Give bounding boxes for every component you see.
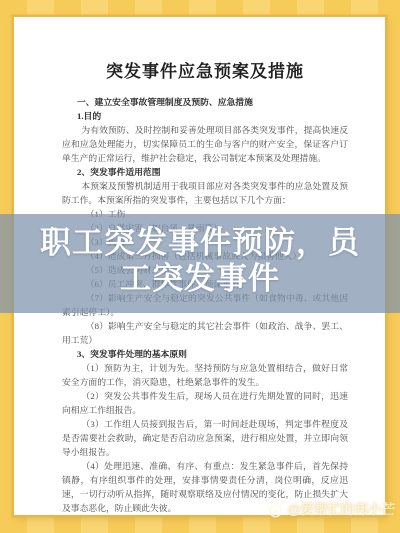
scope-heading: 2、突发事件适用范围 [62,165,348,179]
scope-item-8: （8）影响生产安全与稳定的其它社会事件（如政治、战争、罢工、用工荒） [62,319,348,347]
purpose-heading: 1.目的 [62,109,348,123]
watermark: @爱帮忙的邦小芒 [268,502,395,518]
principle-2: （2）突发公共事件发生后，现场人员在进行先期处置的同时，迅速向相应工作组报告。 [62,389,348,417]
caption-line-1: 职工突发事件预防，员 [0,225,400,261]
watermark-handle: @爱帮忙的邦小芒 [287,502,395,518]
purpose-paragraph: 为有效预防、及时控制和妥善处理项目部各类突发事件，提高快速反应和应急处理能力，切… [62,123,348,165]
principle-1: （1）预防为主，计划为先。坚持预防与应急处置相结合，做好日常安全方面的工作，消灭… [62,361,348,389]
section-1-heading: 一、建立安全事故管理制度及预防、应急措施 [62,95,348,109]
document-title: 突发事件应急预案及措施 [62,61,348,82]
caption-line-2: 工突发事件 [0,261,400,297]
scope-paragraph: 本预案及预警机制适用于我项目部应对各类突发事件的应急处置及预防工作。本预案所指的… [62,179,348,207]
principles-heading: 3、突发事件处理的基本原则 [62,347,348,361]
weibo-eye-icon [268,502,284,518]
caption-overlay-band: 职工突发事件预防，员 工突发事件 [0,214,400,313]
principle-3: （3）工作组人员接到报告后，第一时间赶赴现场，判定事件程度及是否需要社会救助，确… [62,417,348,459]
